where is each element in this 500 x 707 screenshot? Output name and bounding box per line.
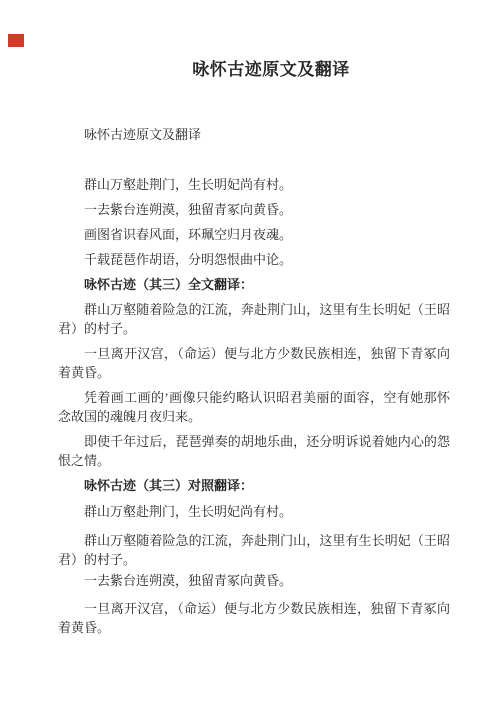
section-heading: 咏怀古迹（其三）对照翻译： — [58, 476, 450, 495]
poem-line: 群山万壑赴荆门，生长明妃尚有村。 — [58, 502, 450, 521]
poem-line: 群山万壑赴荆门，生长明妃尚有村。 — [58, 175, 450, 194]
poem-line: 一去紫台连朔漠，独留青冢向黄昏。 — [58, 571, 450, 590]
intro-line: 咏怀古迹原文及翻译 — [58, 125, 450, 144]
paragraph: 一旦离开汉宫，（命运）便与北方少数民族相连，独留下青冢向着黄昏。 — [58, 344, 450, 382]
section-heading: 咏怀古迹（其三）全文翻译： — [58, 275, 450, 294]
poem-line: 画图省识春风面，环珮空归月夜魂。 — [58, 225, 450, 244]
document-title: 咏怀古迹原文及翻译 — [58, 57, 450, 82]
paragraph: 即使千年过后，琵琶弹奏的胡地乐曲，还分明诉说着她内心的怨恨之情。 — [58, 432, 450, 470]
document-page: 咏怀古迹原文及翻译 咏怀古迹原文及翻译 群山万壑赴荆门，生长明妃尚有村。 一去紫… — [0, 0, 500, 637]
paragraph: 群山万壑随着险急的江流，奔赴荆门山，这里有生长明妃（王昭君）的村子。 — [58, 300, 450, 338]
paragraph: 一旦离开汉宫，（命运）便与北方少数民族相连，独留下青冢向着黄昏。 — [58, 599, 450, 637]
paragraph: 凭着画工画的’画像只能约略认识昭君美丽的面容，空有她那怀念故国的魂魄月夜归来。 — [58, 388, 450, 426]
poem-line: 一去紫台连朔漠，独留青冢向黄昏。 — [58, 200, 450, 219]
poem-line: 千载琵琶作胡语，分明怨恨曲中论。 — [58, 250, 450, 269]
paragraph: 群山万壑随着险急的江流，奔赴荆门山，这里有生长明妃（王昭君）的村子。 — [58, 531, 450, 569]
